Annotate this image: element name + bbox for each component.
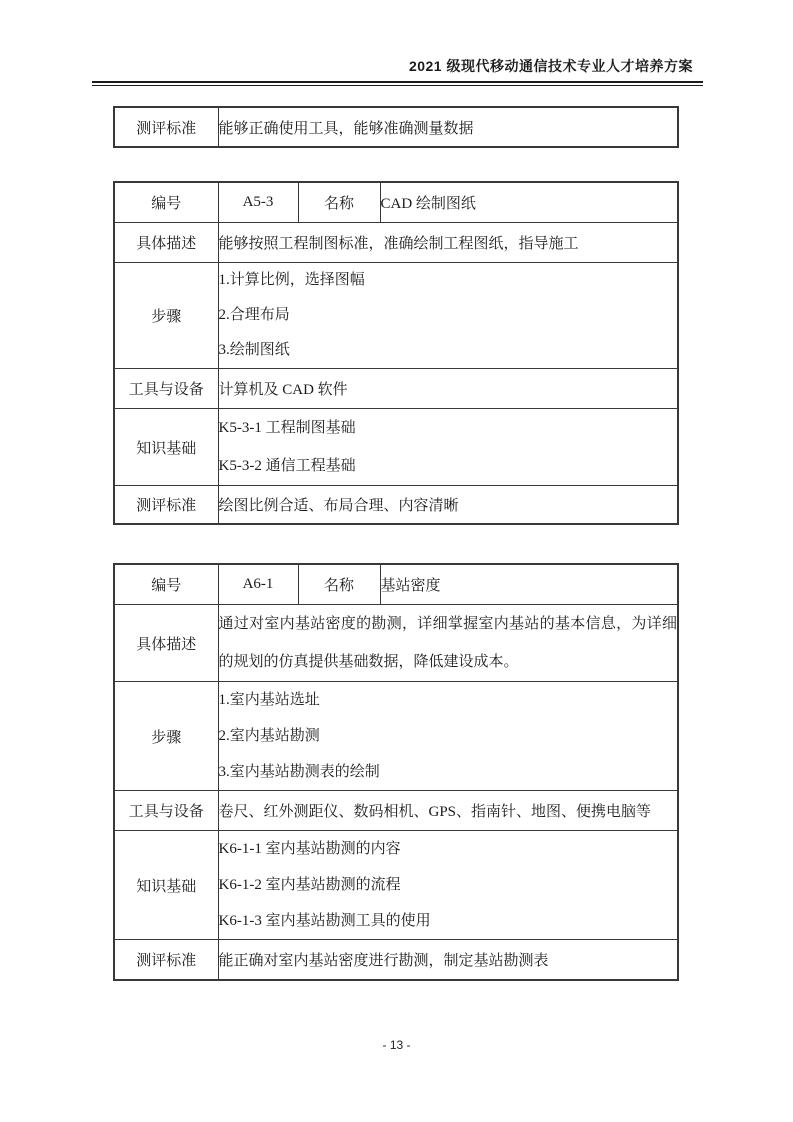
- step-item: 3.绘制图纸: [219, 333, 678, 368]
- eval-value: 绘图比例合适、布局合理、内容清晰: [218, 486, 678, 525]
- eval-standard-table: 测评标准 能够正确使用工具，能够准确测量数据: [113, 106, 679, 148]
- table-row: 具体描述 能够按照工程制图标准，准确绘制工程图纸，指导施工: [114, 223, 678, 263]
- table-row: 知识基础 K5-3-1 工程制图基础 K5-3-2 通信工程基础: [114, 409, 678, 486]
- id-label: 编号: [114, 564, 218, 605]
- name-label: 名称: [298, 182, 380, 223]
- id-value: A5-3: [218, 182, 298, 223]
- id-label: 编号: [114, 182, 218, 223]
- desc-label: 具体描述: [114, 605, 218, 682]
- table-row: 工具与设备 卷尺、红外测距仪、数码相机、GPS、指南针、地图、便携电脑等: [114, 791, 678, 831]
- table-row: 具体描述 通过对室内基站密度的勘测，详细掌握室内基站的基本信息，为详细的规划的仿…: [114, 605, 678, 682]
- header-double-rule: [92, 81, 703, 86]
- knowledge-label: 知识基础: [114, 409, 218, 486]
- steps-list: 1.室内基站选址 2.室内基站勘测 3.室内基站勘测表的绘制: [218, 682, 678, 791]
- desc-value: 能够按照工程制图标准，准确绘制工程图纸，指导施工: [218, 223, 678, 263]
- table-row: 知识基础 K6-1-1 室内基站勘测的内容 K6-1-2 室内基站勘测的流程 K…: [114, 831, 678, 940]
- knowledge-list: K5-3-1 工程制图基础 K5-3-2 通信工程基础: [218, 409, 678, 486]
- name-value: CAD 绘制图纸: [380, 182, 678, 223]
- table-row: 测评标准 能正确对室内基站密度进行勘测，制定基站勘测表: [114, 940, 678, 981]
- knowledge-item: K5-3-1 工程制图基础: [219, 409, 678, 447]
- table-row: 步骤 1.计算比例，选择图幅 2.合理布局 3.绘制图纸: [114, 263, 678, 369]
- step-item: 2.室内基站勘测: [219, 718, 678, 754]
- tools-value: 卷尺、红外测距仪、数码相机、GPS、指南针、地图、便携电脑等: [218, 791, 678, 831]
- table-row: 编号 A5-3 名称 CAD 绘制图纸: [114, 182, 678, 223]
- knowledge-label: 知识基础: [114, 831, 218, 940]
- step-item: 1.室内基站选址: [219, 682, 678, 718]
- eval-label: 测评标准: [114, 486, 218, 525]
- document-page: 2021 级现代移动通信技术专业人才培养方案 测评标准 能够正确使用工具，能够准…: [0, 0, 793, 1122]
- table-row: 步骤 1.室内基站选址 2.室内基站勘测 3.室内基站勘测表的绘制: [114, 682, 678, 791]
- eval-label: 测评标准: [114, 940, 218, 981]
- knowledge-item: K6-1-3 室内基站勘测工具的使用: [219, 903, 678, 939]
- table-row: 测评标准 能够正确使用工具，能够准确测量数据: [114, 107, 678, 147]
- knowledge-list: K6-1-1 室内基站勘测的内容 K6-1-2 室内基站勘测的流程 K6-1-3…: [218, 831, 678, 940]
- name-label: 名称: [298, 564, 380, 605]
- knowledge-item: K6-1-2 室内基站勘测的流程: [219, 867, 678, 903]
- tools-label: 工具与设备: [114, 791, 218, 831]
- knowledge-item: K5-3-2 通信工程基础: [219, 447, 678, 485]
- steps-list: 1.计算比例，选择图幅 2.合理布局 3.绘制图纸: [218, 263, 678, 369]
- table-row: 测评标准 绘图比例合适、布局合理、内容清晰: [114, 486, 678, 525]
- step-item: 2.合理布局: [219, 298, 678, 333]
- desc-label: 具体描述: [114, 223, 218, 263]
- tools-label: 工具与设备: [114, 369, 218, 409]
- id-value: A6-1: [218, 564, 298, 605]
- task-a5-3-table: 编号 A5-3 名称 CAD 绘制图纸 具体描述 能够按照工程制图标准，准确绘制…: [113, 181, 679, 525]
- desc-value: 通过对室内基站密度的勘测，详细掌握室内基站的基本信息，为详细的规划的仿真提供基础…: [218, 605, 678, 682]
- knowledge-item: K6-1-1 室内基站勘测的内容: [219, 831, 678, 867]
- page-number: - 13 -: [0, 1038, 793, 1052]
- tools-value: 计算机及 CAD 软件: [218, 369, 678, 409]
- name-value: 基站密度: [380, 564, 678, 605]
- table-row: 工具与设备 计算机及 CAD 软件: [114, 369, 678, 409]
- steps-label: 步骤: [114, 682, 218, 791]
- task-a6-1-table: 编号 A6-1 名称 基站密度 具体描述 通过对室内基站密度的勘测，详细掌握室内…: [113, 563, 679, 981]
- eval-value: 能正确对室内基站密度进行勘测，制定基站勘测表: [218, 940, 678, 981]
- step-item: 1.计算比例，选择图幅: [219, 263, 678, 298]
- step-item: 3.室内基站勘测表的绘制: [219, 754, 678, 790]
- row-value: 能够正确使用工具，能够准确测量数据: [218, 107, 678, 147]
- table-row: 编号 A6-1 名称 基站密度: [114, 564, 678, 605]
- steps-label: 步骤: [114, 263, 218, 369]
- page-header-title: 2021 级现代移动通信技术专业人才培养方案: [409, 56, 693, 76]
- row-label: 测评标准: [114, 107, 218, 147]
